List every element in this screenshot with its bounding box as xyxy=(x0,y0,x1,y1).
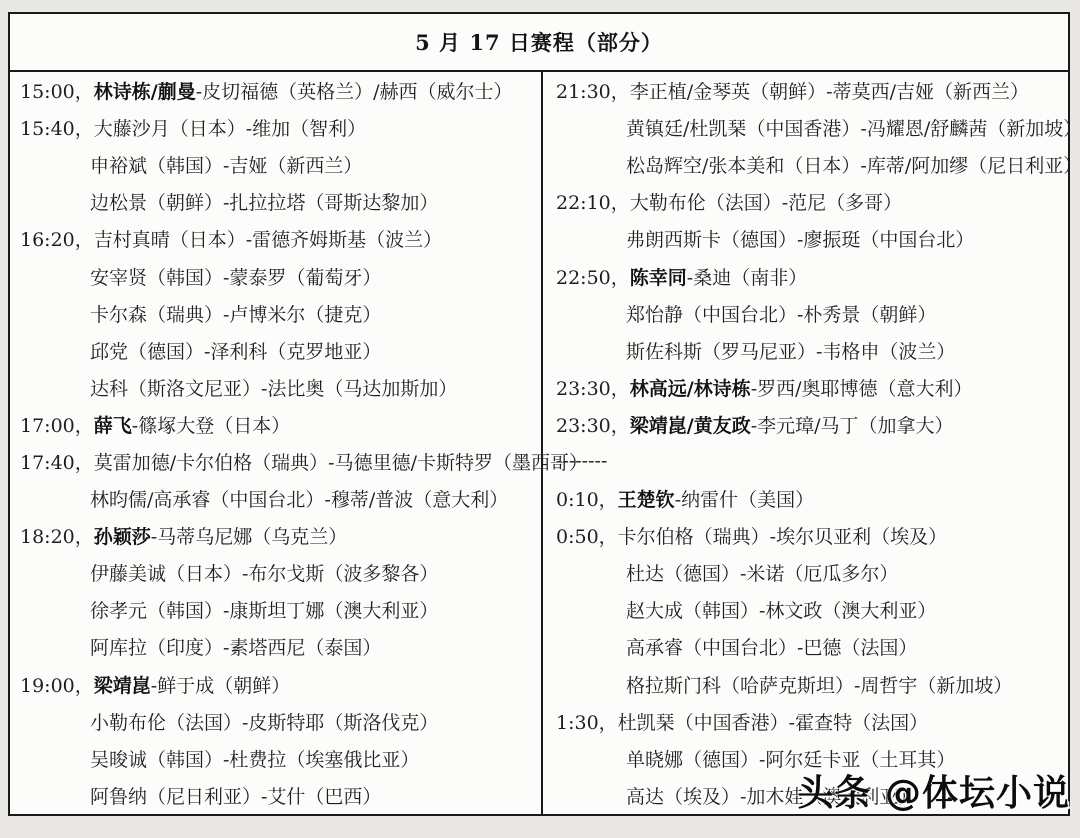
schedule-line: 郑怡静（中国台北）-朴秀景（朝鲜） xyxy=(556,295,1080,332)
match-text: 大勒布伦（法国）-范尼（多哥） xyxy=(630,188,902,215)
match-text: 李正植/金琴英（朝鲜）-蒂莫西/吉娅（新西兰） xyxy=(630,77,1029,104)
match-text: -桑迪（南非） xyxy=(687,263,807,290)
schedule-line: 弗朗西斯卡（德国）-廖振珽（中国台北） xyxy=(556,220,1080,257)
schedule-line: 0:10，王楚钦-纳雷什（美国） xyxy=(556,480,1080,517)
match-time: 22:50， xyxy=(556,263,630,290)
match-time: 23:30， xyxy=(556,411,630,438)
cn-player-name-bold: 孙颖莎 xyxy=(94,522,151,549)
schedule-line: 阿鲁纳（尼日利亚）-艾什（巴西） xyxy=(20,777,541,814)
match-time: 17:00， xyxy=(20,411,94,438)
match-text: 松岛辉空/张本美和（日本）-库蒂/阿加缪（尼日利亚） xyxy=(626,151,1080,178)
toutiao-watermark: 头条 @体坛小说 xyxy=(797,765,1070,816)
match-text: 杜凯琹（中国香港）-霍查特（法国） xyxy=(618,708,928,735)
schedule-line: 赵大成（韩国）-林文政（澳大利亚） xyxy=(556,591,1080,628)
match-text: 林昀儒/高承睿（中国台北）-穆蒂/普波（意大利） xyxy=(90,485,508,512)
schedule-line: 17:00，薛飞-篠塚大登（日本） xyxy=(20,406,541,443)
match-text: -篠塚大登（日本） xyxy=(132,411,290,438)
table-body: 15:00，林诗栋/蒯曼-皮切福德（英格兰）/赫西（威尔士）15:40，大藤沙月… xyxy=(10,72,1068,814)
schedule-line: 松岛辉空/张本美和（日本）-库蒂/阿加缪（尼日利亚） xyxy=(556,146,1080,183)
cn-player-name-bold: 梁靖崑/黄友政 xyxy=(630,411,751,438)
match-text: -李元璋/马丁（加拿大） xyxy=(751,411,954,438)
match-text: 阿鲁纳（尼日利亚）-艾什（巴西） xyxy=(90,782,381,809)
match-text: 郑怡静（中国台北）-朴秀景（朝鲜） xyxy=(626,300,936,327)
match-time: 22:10， xyxy=(556,188,630,215)
schedule-line: 23:30，梁靖崑/黄友政-李元璋/马丁（加拿大） xyxy=(556,406,1080,443)
cn-player-name-bold: 陈幸同 xyxy=(630,263,687,290)
schedule-column-right: 21:30，李正植/金琴英（朝鲜）-蒂莫西/吉娅（新西兰）黄镇廷/杜凯琹（中国香… xyxy=(543,72,1080,814)
match-time: 18:20， xyxy=(20,522,94,549)
schedule-line: 卡尔森（瑞典）-卢博米尔（捷克） xyxy=(20,295,541,332)
cn-player-name-bold: 薛飞 xyxy=(94,411,132,438)
match-time: 21:30， xyxy=(556,77,630,104)
match-time: 15:40， xyxy=(20,114,94,141)
match-text: 邱党（德国）-泽利科（克罗地亚） xyxy=(90,337,381,364)
match-text: 赵大成（韩国）-林文政（澳大利亚） xyxy=(626,596,936,623)
schedule-table: 5 月 17 日赛程（部分） 15:00，林诗栋/蒯曼-皮切福德（英格兰）/赫西… xyxy=(8,12,1070,816)
schedule-line: 达科（斯洛文尼亚）-法比奥（马达加斯加） xyxy=(20,369,541,406)
schedule-line: 杜达（德国）-米诺（厄瓜多尔） xyxy=(556,554,1080,591)
schedule-page: 5 月 17 日赛程（部分） 15:00，林诗栋/蒯曼-皮切福德（英格兰）/赫西… xyxy=(0,0,1080,838)
match-text: -纳雷什（美国） xyxy=(675,485,814,512)
match-text: -马蒂乌尼娜（乌克兰） xyxy=(151,522,347,549)
match-text: 申裕斌（韩国）-吉娅（新西兰） xyxy=(90,151,362,178)
schedule-line: 22:50，陈幸同-桑迪（南非） xyxy=(556,257,1080,294)
match-text: -鲜于成（朝鲜） xyxy=(151,671,290,698)
match-text: 吴晙诚（韩国）-杜费拉（埃塞俄比亚） xyxy=(90,745,419,772)
match-time: 19:00， xyxy=(20,671,94,698)
match-text: -罗西/奥耶博德（意大利） xyxy=(751,374,973,401)
match-text: 卡尔伯格（瑞典）-埃尔贝亚利（埃及） xyxy=(618,522,947,549)
match-time: 17:40， xyxy=(20,448,94,475)
match-text: 斯佐科斯（罗马尼亚）-韦格申（波兰） xyxy=(626,337,955,364)
match-time: 16:20， xyxy=(20,225,94,252)
schedule-line: 伊藤美诚（日本）-布尔戈斯（波多黎各） xyxy=(20,554,541,591)
match-text: 大藤沙月（日本）-维加（智利） xyxy=(94,114,366,141)
schedule-line: 22:10，大勒布伦（法国）-范尼（多哥） xyxy=(556,183,1080,220)
match-text: 黄镇廷/杜凯琹（中国香港）-冯耀恩/舒麟茜（新加坡） xyxy=(626,114,1080,141)
schedule-line: 安宰贤（韩国）-蒙泰罗（葡萄牙） xyxy=(20,257,541,294)
schedule-line: 1:30，杜凯琹（中国香港）-霍查特（法国） xyxy=(556,703,1080,740)
match-text: 边松景（朝鲜）-扎拉拉塔（哥斯达黎加） xyxy=(90,188,438,215)
match-time: 0:50， xyxy=(556,522,618,549)
table-title: 5 月 17 日赛程（部分） xyxy=(10,14,1068,72)
schedule-line: 黄镇廷/杜凯琹（中国香港）-冯耀恩/舒麟茜（新加坡） xyxy=(556,109,1080,146)
match-text: 伊藤美诚（日本）-布尔戈斯（波多黎各） xyxy=(90,559,438,586)
match-text: 弗朗西斯卡（德国）-廖振珽（中国台北） xyxy=(626,225,974,252)
schedule-line: 17:40，莫雷加德/卡尔伯格（瑞典）-马德里德/卡斯特罗（墨西哥） xyxy=(20,443,541,480)
match-text: 徐孝元（韩国）-康斯坦丁娜（澳大利亚） xyxy=(90,596,438,623)
match-text: 达科（斯洛文尼亚）-法比奥（马达加斯加） xyxy=(90,374,457,401)
cn-player-name-bold: 梁靖崑 xyxy=(94,671,151,698)
schedule-line: 15:40，大藤沙月（日本）-维加（智利） xyxy=(20,109,541,146)
cn-player-name-bold: 王楚钦 xyxy=(618,485,675,512)
schedule-line: 高承睿（中国台北）-巴德（法国） xyxy=(556,628,1080,665)
match-time: 0:10， xyxy=(556,485,618,512)
schedule-line: 19:00，梁靖崑-鲜于成（朝鲜） xyxy=(20,666,541,703)
match-text: 吉村真晴（日本）-雷德齐姆斯基（波兰） xyxy=(94,225,442,252)
match-text: 安宰贤（韩国）-蒙泰罗（葡萄牙） xyxy=(90,263,381,290)
schedule-line: 16:20，吉村真晴（日本）-雷德齐姆斯基（波兰） xyxy=(20,220,541,257)
schedule-line: 18:20，孙颖莎-马蒂乌尼娜（乌克兰） xyxy=(20,517,541,554)
match-text: 莫雷加德/卡尔伯格（瑞典）-马德里德/卡斯特罗（墨西哥） xyxy=(94,448,588,475)
schedule-line: 15:00，林诗栋/蒯曼-皮切福德（英格兰）/赫西（威尔士） xyxy=(20,72,541,109)
match-time: 15:00， xyxy=(20,77,94,104)
schedule-line: 23:30，林高远/林诗栋-罗西/奥耶博德（意大利） xyxy=(556,369,1080,406)
match-text: 格拉斯门科（哈萨克斯坦）-周哲宇（新加坡） xyxy=(626,671,1012,698)
schedule-column-left: 15:00，林诗栋/蒯曼-皮切福德（英格兰）/赫西（威尔士）15:40，大藤沙月… xyxy=(10,72,543,814)
schedule-line: 21:30，李正植/金琴英（朝鲜）-蒂莫西/吉娅（新西兰） xyxy=(556,72,1080,109)
match-text: 阿库拉（印度）-素塔西尼（泰国） xyxy=(90,633,381,660)
match-time: 1:30， xyxy=(556,708,618,735)
schedule-line: 吴晙诚（韩国）-杜费拉（埃塞俄比亚） xyxy=(20,740,541,777)
match-text: 小勒布伦（法国）-皮斯特耶（斯洛伐克） xyxy=(90,708,438,735)
schedule-line: -------- xyxy=(556,443,1080,480)
schedule-line: 边松景（朝鲜）-扎拉拉塔（哥斯达黎加） xyxy=(20,183,541,220)
schedule-line: 徐孝元（韩国）-康斯坦丁娜（澳大利亚） xyxy=(20,591,541,628)
schedule-line: 林昀儒/高承睿（中国台北）-穆蒂/普波（意大利） xyxy=(20,480,541,517)
match-text: 杜达（德国）-米诺（厄瓜多尔） xyxy=(626,559,898,586)
match-text: -------- xyxy=(556,450,607,472)
cn-player-name-bold: 林高远/林诗栋 xyxy=(630,374,751,401)
schedule-line: 阿库拉（印度）-素塔西尼（泰国） xyxy=(20,628,541,665)
schedule-line: 小勒布伦（法国）-皮斯特耶（斯洛伐克） xyxy=(20,703,541,740)
cn-player-name-bold: 林诗栋/蒯曼 xyxy=(94,77,196,104)
match-text: -皮切福德（英格兰）/赫西（威尔士） xyxy=(196,77,513,104)
schedule-line: 格拉斯门科（哈萨克斯坦）-周哲宇（新加坡） xyxy=(556,666,1080,703)
match-time: 23:30， xyxy=(556,374,630,401)
schedule-line: 斯佐科斯（罗马尼亚）-韦格申（波兰） xyxy=(556,332,1080,369)
schedule-line: 邱党（德国）-泽利科（克罗地亚） xyxy=(20,332,541,369)
match-text: 高承睿（中国台北）-巴德（法国） xyxy=(626,633,917,660)
schedule-line: 申裕斌（韩国）-吉娅（新西兰） xyxy=(20,146,541,183)
match-text: 卡尔森（瑞典）-卢博米尔（捷克） xyxy=(90,300,381,327)
schedule-line: 0:50，卡尔伯格（瑞典）-埃尔贝亚利（埃及） xyxy=(556,517,1080,554)
